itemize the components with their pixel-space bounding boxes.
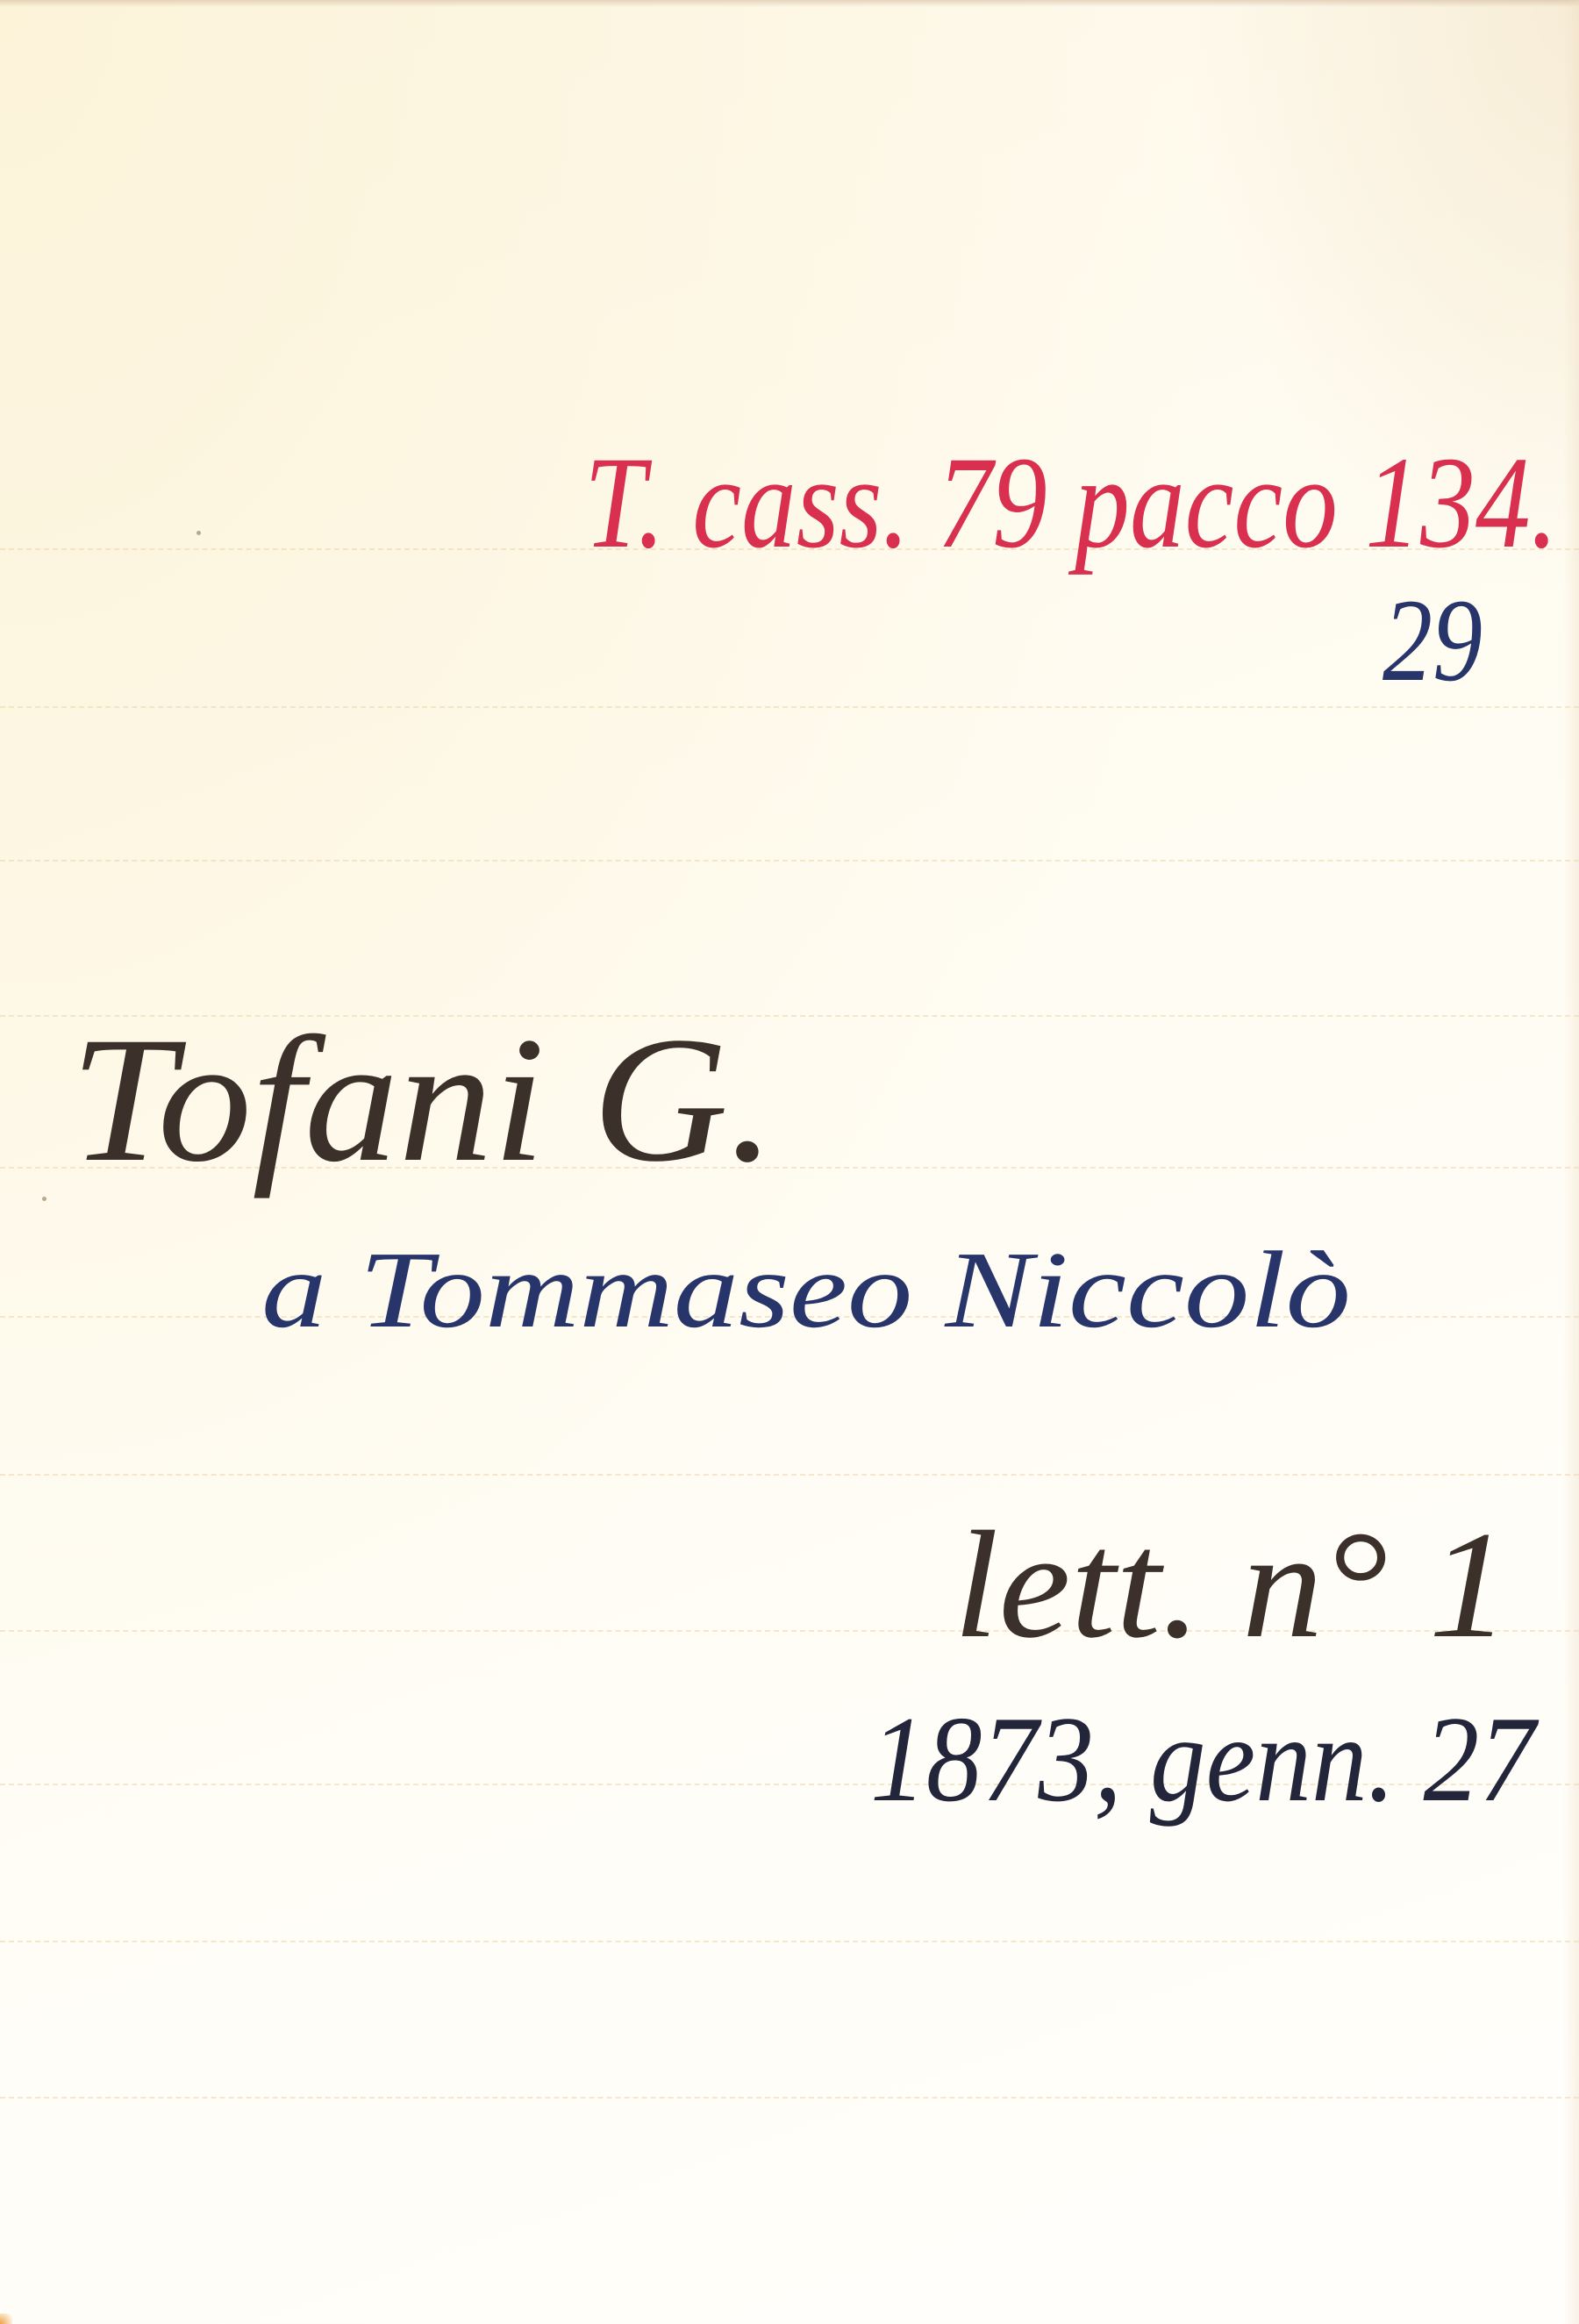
- date-text: 1873, genn. 27: [870, 1691, 1540, 1827]
- item-number-text: 29: [1383, 576, 1483, 706]
- author-name-text: Tofani G.: [70, 1000, 775, 1199]
- recipient-text: a Tommaseo Niccolò: [261, 1230, 1351, 1351]
- handwriting-layer: T. cass. 79 pacco 134. 29 Tofani G. a To…: [0, 0, 1579, 2324]
- shelfmark-text: T. cass. 79 pacco 134.: [584, 430, 1558, 576]
- index-card: T. cass. 79 pacco 134. 29 Tofani G. a To…: [0, 0, 1579, 2324]
- letter-number-text: lett. n° 1: [954, 1499, 1510, 1670]
